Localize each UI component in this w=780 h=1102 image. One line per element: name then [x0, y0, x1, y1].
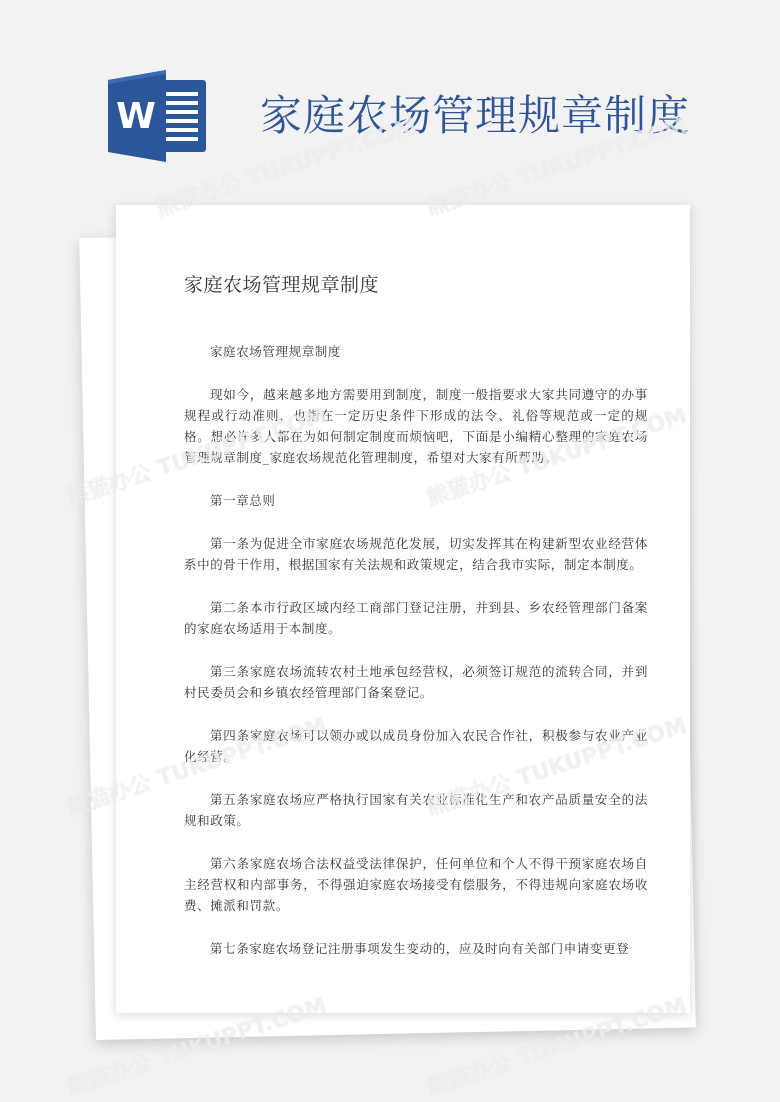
article-3: 第三条家庭农场流转农村土地承包经营权，必须签订规范的流转合同，并到村民委员会和乡… [184, 661, 648, 703]
document-page: 家庭农场管理规章制度 家庭农场管理规章制度 现如今，越来越多地方需要用到制度，制… [116, 205, 690, 1013]
article-1: 第一条为促进全市家庭农场规范化发展，切实发挥其在构建新型农业经营体系中的骨干作用… [184, 533, 648, 575]
article-2: 第二条本市行政区域内经工商部门登记注册，并到县、乡农经管理部门备案的家庭农场适用… [184, 597, 648, 639]
paragraph-intro: 现如今，越来越多地方需要用到制度，制度一般指要求大家共同遵守的办事规程或行动准则… [184, 384, 648, 468]
document-title: 家庭农场管理规章制度 [184, 267, 648, 303]
banner-title: 家庭农场管理规章制度 [260, 90, 690, 142]
word-document-icon: W [108, 70, 208, 162]
article-6: 第六条家庭农场合法权益受法律保护，任何单位和个人不得干预家庭农场自主经营权和内部… [184, 853, 648, 916]
chapter-heading: 第一章总则 [184, 490, 648, 511]
svg-text:W: W [116, 96, 156, 137]
article-7: 第七条家庭农场登记注册事项发生变动的，应及时向有关部门申请变更登 [184, 938, 648, 959]
document-subtitle: 家庭农场管理规章制度 [184, 341, 648, 362]
article-5: 第五条家庭农场应严格执行国家有关农业标准化生产和农产品质量安全的法规和政策。 [184, 789, 648, 831]
banner-header: W 家庭农场管理规章制度 [0, 0, 780, 200]
article-4: 第四条家庭农场可以领办或以成员身份加入农民合作社，积极参与农业产业化经营。 [184, 725, 648, 767]
